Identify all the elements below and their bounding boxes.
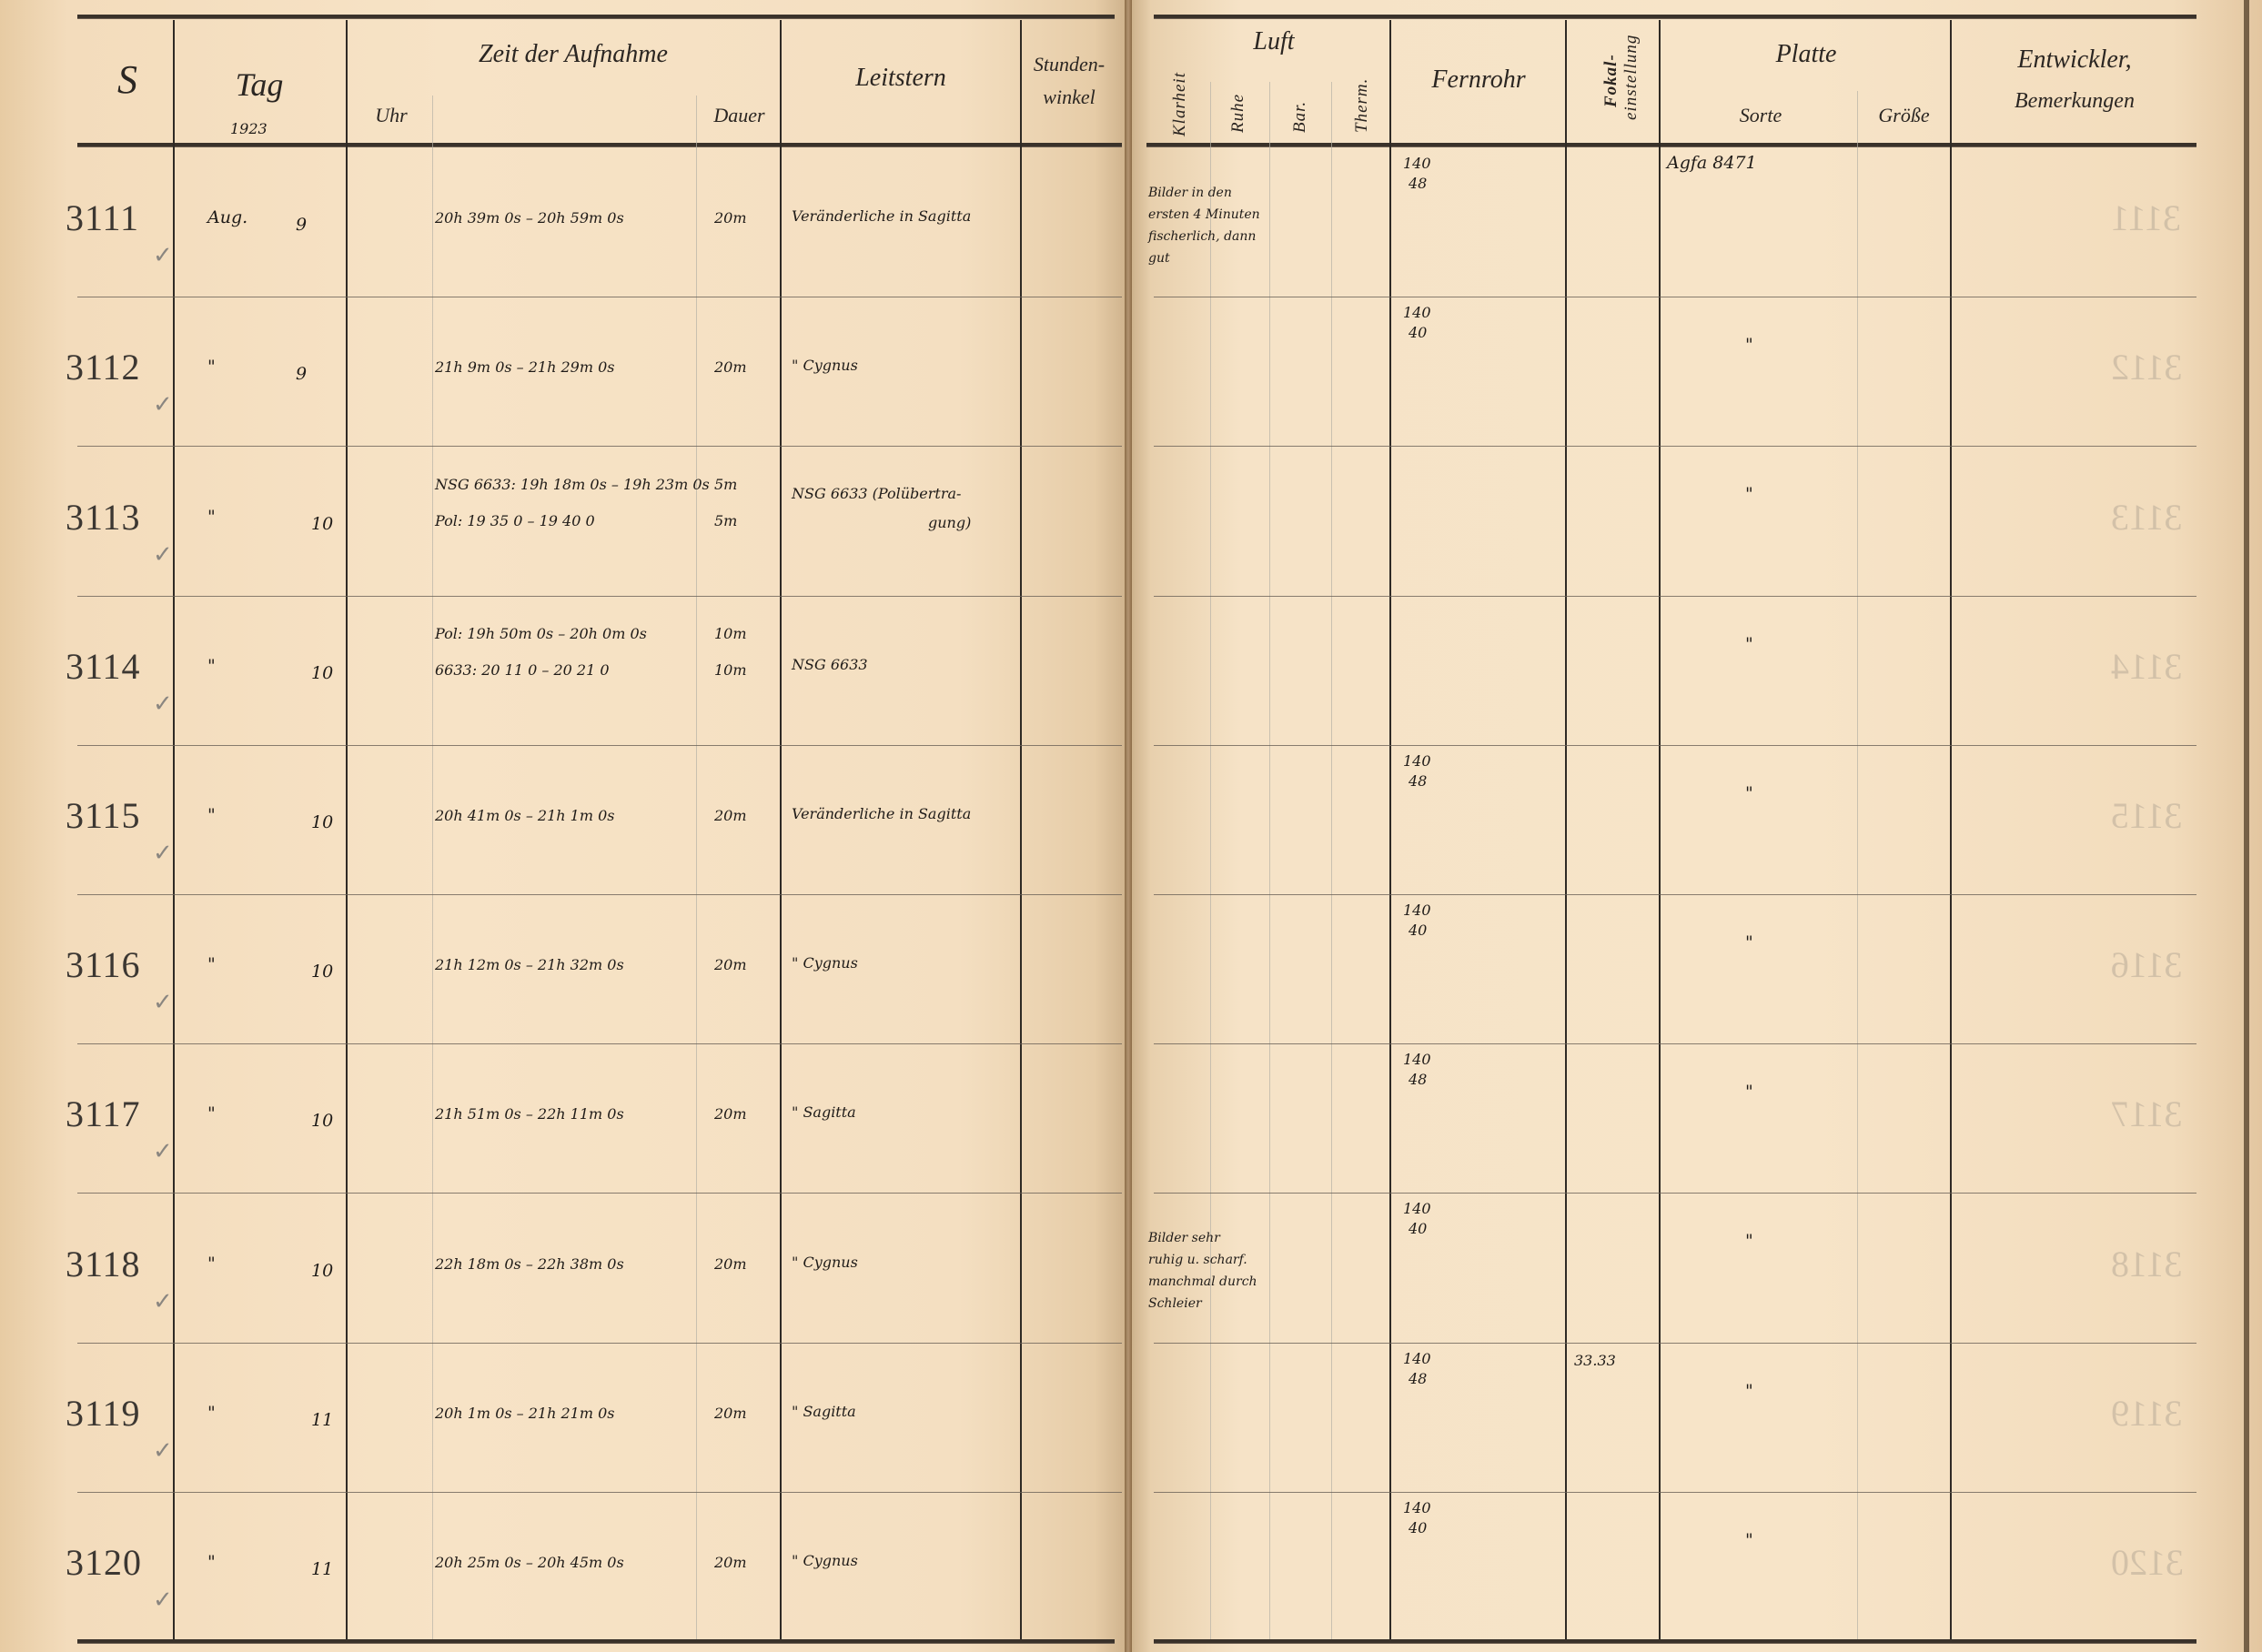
leitstern: gung) (928, 514, 971, 531)
check-mark: ✓ (153, 989, 173, 1016)
luft-remark: manchmal durch (1148, 1274, 1257, 1289)
fernrohr-value: 48 (1409, 1370, 1427, 1387)
tag-day: 11 (311, 1410, 333, 1430)
fernrohr-value: 140 (1403, 304, 1431, 321)
bleed-through-number: 3118 (2111, 1243, 2183, 1285)
bleed-through-number: 3114 (2111, 645, 2183, 688)
fernrohr-value: 40 (1409, 324, 1427, 341)
uhr-time: 21h 9m 0s – 21h 29m 0s (435, 358, 615, 376)
row-divider-right (1154, 1193, 2196, 1194)
uhr-time: 20h 25m 0s – 20h 45m 0s (435, 1554, 624, 1571)
header-zeit: Zeit der Aufnahme (400, 40, 746, 69)
check-mark: ✓ (153, 1138, 173, 1165)
plate-sorte: " (1745, 484, 1753, 504)
row-divider-left (77, 446, 1122, 447)
luft-remark: ersten 4 Minuten (1148, 207, 1260, 222)
plate-number: 3114 (66, 645, 141, 688)
fernrohr-value: 48 (1409, 1071, 1427, 1088)
header-entwickler: Entwickler, (1956, 45, 2193, 75)
fernrohr-value: 40 (1409, 922, 1427, 939)
dauer: 10m (714, 625, 747, 642)
uhr-time: 21h 12m 0s – 21h 32m 0s (435, 956, 624, 973)
col-divider-faint (696, 96, 697, 1639)
row-divider-right (1154, 1043, 2196, 1044)
tag-month: " (207, 1552, 216, 1572)
header-bemerkungen: Bemerkungen (1956, 89, 2193, 114)
header-platte: Platte (1665, 40, 1947, 69)
row-divider-left (77, 894, 1122, 895)
tag-month: " (207, 1254, 216, 1274)
col-divider-faint (1210, 82, 1211, 1639)
col-divider (1565, 20, 1567, 1639)
right-page (1128, 0, 2262, 1652)
bleed-through-number: 3119 (2111, 1392, 2183, 1435)
plate-number: 3111 (66, 196, 139, 239)
dauer: 5m (714, 476, 737, 493)
tag-month: " (207, 954, 216, 974)
dauer: 5m (714, 512, 737, 529)
dauer: 20m (714, 358, 747, 376)
col-divider-faint (1331, 82, 1332, 1639)
leitstern: " Cygnus (792, 1254, 858, 1271)
uhr-time: 22h 18m 0s – 22h 38m 0s (435, 1255, 624, 1273)
col-divider (346, 20, 348, 1639)
header-fernrohr: Fernrohr (1397, 65, 1560, 95)
tag-day: 9 (296, 215, 307, 235)
uhr-time: 20h 41m 0s – 21h 1m 0s (435, 807, 615, 824)
col-divider (1389, 20, 1391, 1639)
plate-number: 3120 (66, 1541, 142, 1584)
fernrohr-value: 40 (1409, 1519, 1427, 1536)
plate-number: 3112 (66, 346, 141, 388)
tag-month: " (207, 656, 216, 676)
dauer: 20m (714, 956, 747, 973)
col-divider-faint (1269, 82, 1270, 1639)
check-mark: ✓ (153, 242, 173, 269)
tag-month: " (207, 357, 216, 377)
row-divider-left (77, 297, 1122, 297)
fernrohr-value: 140 (1403, 902, 1431, 919)
luft-remark: Bilder sehr (1148, 1231, 1220, 1245)
uhr-time: Pol: 19 35 0 – 19 40 0 (435, 512, 595, 529)
col-divider (1020, 20, 1022, 1639)
uhr-time: 20h 1m 0s – 21h 21m 0s (435, 1405, 615, 1422)
row-divider-left (77, 1492, 1122, 1493)
col-divider-faint (432, 96, 433, 1639)
fernrohr-value: 140 (1403, 155, 1431, 172)
header-tag: Tag (191, 65, 328, 104)
top-rule-left (77, 15, 1115, 19)
check-mark: ✓ (153, 1288, 173, 1315)
leitstern: " Cygnus (792, 357, 858, 374)
col-divider-faint (1857, 91, 1858, 1639)
uhr-time: 20h 39m 0s – 20h 59m 0s (435, 209, 624, 227)
check-mark: ✓ (153, 541, 173, 569)
uhr-time: NSG 6633: 19h 18m 0s – 19h 23m 0s (435, 476, 710, 493)
header-year: 1923 (230, 120, 268, 137)
col-divider (1950, 20, 1952, 1639)
leitstern: NSG 6633 (792, 656, 868, 673)
plate-sorte: " (1745, 783, 1753, 803)
dauer: 20m (714, 1554, 747, 1571)
header-luft: Luft (1219, 27, 1328, 56)
col-divider (173, 20, 175, 1639)
check-mark: ✓ (153, 840, 173, 867)
dauer: 10m (714, 661, 747, 679)
book-gutter (1125, 0, 1132, 1652)
luft-remark: fischerlich, dann (1148, 229, 1256, 244)
tag-day: 10 (311, 514, 333, 534)
row-divider-left (77, 1043, 1122, 1044)
col-divider (1659, 20, 1661, 1639)
fernrohr-value: 48 (1409, 772, 1427, 790)
header-bar: Bar. (1290, 101, 1310, 133)
leitstern: " Sagitta (792, 1103, 856, 1121)
header-ruhe: Ruhe (1228, 94, 1248, 133)
dauer: 20m (714, 1255, 747, 1273)
bleed-through-number: 3111 (2111, 196, 2181, 239)
row-divider-left (77, 596, 1122, 597)
row-divider-right (1154, 1343, 2196, 1344)
bottom-rule-right (1154, 1639, 2196, 1644)
dauer: 20m (714, 1405, 747, 1422)
plate-number: 3119 (66, 1392, 141, 1435)
row-divider-left (77, 1193, 1122, 1194)
dauer: 20m (714, 807, 747, 824)
plate-sorte: " (1745, 1530, 1753, 1550)
tag-day: 9 (296, 364, 307, 384)
tag-day: 10 (311, 812, 333, 832)
tag-month: " (207, 1103, 216, 1123)
tag-day: 10 (311, 663, 333, 683)
tag-month: " (207, 805, 216, 825)
plate-number: 3115 (66, 794, 141, 837)
tag-month: " (207, 507, 216, 527)
page-edge (2244, 0, 2249, 1652)
fernrohr-value: 40 (1409, 1220, 1427, 1237)
uhr-time: Pol: 19h 50m 0s – 20h 0m 0s (435, 625, 647, 642)
uhr-time: 21h 51m 0s – 22h 11m 0s (435, 1105, 624, 1123)
plate-sorte: Agfa 8471 (1667, 153, 1757, 173)
bleed-through-number: 3115 (2111, 794, 2183, 837)
header-sorte: Sorte (1674, 104, 1847, 127)
luft-remark: ruhig u. scharf. (1148, 1253, 1247, 1267)
row-divider-left (77, 745, 1122, 746)
fernrohr-value: 140 (1403, 752, 1431, 770)
luft-remark: Schleier (1148, 1296, 1202, 1311)
row-divider-right (1154, 596, 2196, 597)
plate-sorte: " (1745, 1381, 1753, 1401)
header-klarheit: Klarheit (1170, 72, 1190, 136)
col-divider (780, 20, 782, 1639)
header-fokal: Fokal- (1601, 54, 1621, 107)
leitstern: Veränderliche in Sagitta (792, 207, 971, 225)
bottom-rule-left (77, 1639, 1115, 1644)
uhr-time: 6633: 20 11 0 – 20 21 0 (435, 661, 610, 679)
header-rule-right (1146, 143, 2196, 147)
fernrohr-value: 140 (1403, 1350, 1431, 1367)
fernrohr-value: 48 (1409, 175, 1427, 192)
plate-number: 3117 (66, 1093, 141, 1135)
fokal-value: 33.33 (1574, 1352, 1616, 1369)
fernrohr-value: 140 (1403, 1200, 1431, 1217)
header-einstellung: einstellung (1621, 35, 1641, 120)
fernrohr-value: 140 (1403, 1051, 1431, 1068)
header-dauer: Dauer (701, 104, 778, 127)
row-divider-right (1154, 446, 2196, 447)
plate-sorte: " (1745, 932, 1753, 952)
fernrohr-value: 140 (1403, 1499, 1431, 1516)
bleed-through-number: 3120 (2111, 1541, 2184, 1584)
plate-number: 3116 (66, 943, 141, 986)
header-groesse: Größe (1861, 104, 1947, 127)
check-mark: ✓ (153, 1437, 173, 1465)
row-divider-left (77, 1343, 1122, 1344)
row-divider-right (1154, 1492, 2196, 1493)
leitstern: Veränderliche in Sagitta (792, 805, 971, 822)
leitstern: " Cygnus (792, 954, 858, 972)
plate-number: 3113 (66, 496, 141, 539)
plate-sorte: " (1745, 634, 1753, 654)
header-uhr: Uhr (359, 104, 423, 127)
bleed-through-number: 3117 (2111, 1093, 2183, 1135)
header-stunden: Stunden- (1024, 53, 1115, 76)
header-leitstern: Leitstern (792, 64, 1010, 93)
tag-month: Aug. (207, 207, 247, 227)
bleed-through-number: 3113 (2111, 496, 2183, 539)
row-divider-right (1154, 745, 2196, 746)
header-s: S (100, 56, 155, 103)
tag-month: " (207, 1403, 216, 1423)
bleed-through-number: 3116 (2111, 943, 2183, 986)
dauer: 20m (714, 209, 747, 227)
tag-day: 11 (311, 1559, 333, 1579)
plate-sorte: " (1745, 1231, 1753, 1251)
leitstern: " Cygnus (792, 1552, 858, 1569)
luft-remark: gut (1148, 251, 1170, 266)
header-therm: Therm. (1352, 78, 1372, 133)
bleed-through-number: 3112 (2111, 346, 2183, 388)
tag-day: 10 (311, 962, 333, 982)
leitstern: " Sagitta (792, 1403, 856, 1420)
header-rule-left (77, 143, 1122, 147)
check-mark: ✓ (153, 391, 173, 418)
header-winkel: winkel (1024, 86, 1115, 109)
plate-sorte: " (1745, 335, 1753, 355)
plate-number: 3118 (66, 1243, 141, 1285)
check-mark: ✓ (153, 690, 173, 718)
row-divider-right (1154, 297, 2196, 297)
tag-day: 10 (311, 1261, 333, 1281)
dauer: 20m (714, 1105, 747, 1123)
top-rule-right (1154, 15, 2196, 19)
check-mark: ✓ (153, 1587, 173, 1614)
plate-sorte: " (1745, 1082, 1753, 1102)
tag-day: 10 (311, 1111, 333, 1131)
leitstern: NSG 6633 (Polübertra- (792, 485, 961, 502)
luft-remark: Bilder in den (1148, 186, 1232, 200)
row-divider-right (1154, 894, 2196, 895)
